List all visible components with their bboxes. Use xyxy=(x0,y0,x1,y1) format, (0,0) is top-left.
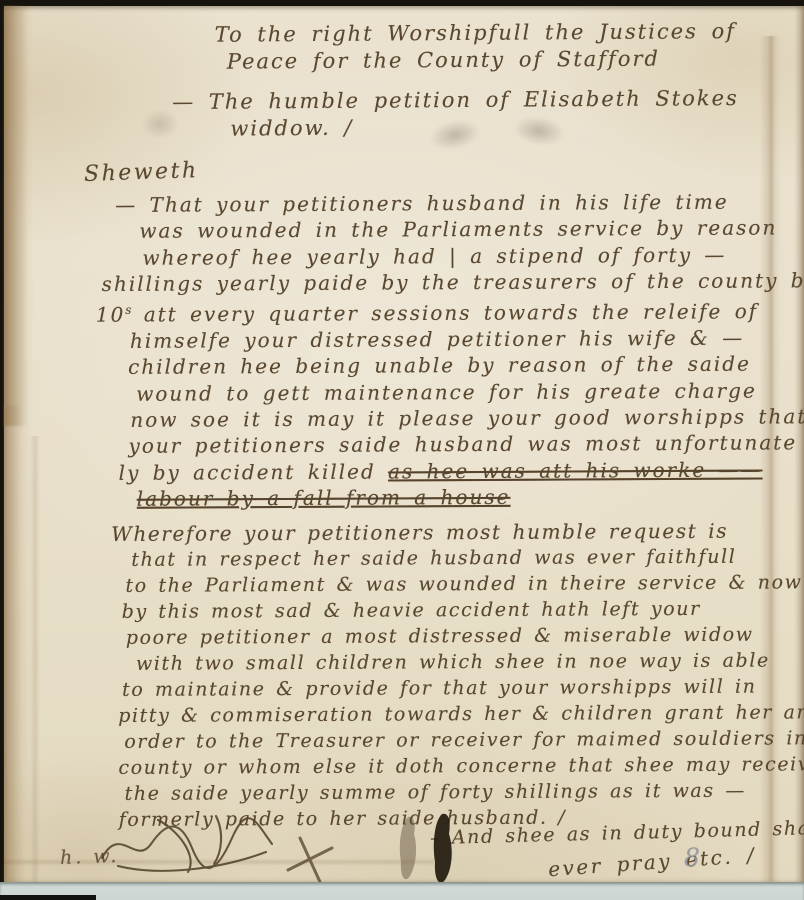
body-line: to maintaine & provide for that your wor… xyxy=(122,673,804,703)
petition-body-paragraph-1: — That your petitioners husband in his l… xyxy=(135,188,804,512)
backing-sheet-edge xyxy=(0,882,804,900)
body-line: 10s att every quarter sessions towards t… xyxy=(96,293,804,328)
body-line: Wherefore your petitioners most humble r… xyxy=(111,517,804,547)
page-number-annotation: 8 xyxy=(684,843,700,872)
heading-line-2: Peace for the County of Stafford xyxy=(227,45,739,76)
body-line: order to the Treasurer or receiver for m… xyxy=(124,725,804,755)
body-line: — That your petitioners husband in his l… xyxy=(115,188,804,218)
deleted-text: as hee was att his worke —— xyxy=(388,457,763,483)
body-line: that in respect her saide husband was ev… xyxy=(131,543,804,573)
body-line: shillings yearly paide by the treasurers… xyxy=(102,267,804,297)
torn-left-edge-lower xyxy=(4,406,22,882)
signature-flourish xyxy=(96,812,281,882)
heading-line-3: — The humble petition of Elisabeth Stoke… xyxy=(172,85,739,116)
body-line: wound to gett maintenance for his greate… xyxy=(136,377,804,407)
torn-left-edge xyxy=(4,6,28,426)
ink-blot-dark xyxy=(428,812,458,890)
body-line: the saide yearly summe of forty shilling… xyxy=(125,777,804,807)
body-line: your petitioners saide husband was most … xyxy=(128,430,804,460)
body-line: now soe it is may it please your good wo… xyxy=(130,403,804,433)
petition-body-paragraph-2: Wherefore your petitioners most humble r… xyxy=(111,517,804,833)
ink-blot-light xyxy=(392,814,424,886)
fold-crease-left xyxy=(30,436,40,882)
deleted-text: labour by a fall from a house xyxy=(137,485,511,511)
manuscript-scan: { "document": { "kind": "17th-century ha… xyxy=(0,0,804,900)
salutation: Sheweth xyxy=(84,158,199,187)
body-line: county or whom else it doth concerne tha… xyxy=(118,751,804,781)
body-line: whereof hee yearly had | a stipend of fo… xyxy=(142,241,804,271)
body-line-with-deletion: ly by accident killed as hee was att his… xyxy=(119,456,804,486)
shillings-amount: 10 xyxy=(96,303,126,327)
body-line-rest: att every quarter sessions towards the r… xyxy=(131,299,758,326)
body-line: was wounded in the Parliaments service b… xyxy=(139,215,804,245)
heading-line-4: widdow. / xyxy=(230,112,739,143)
deleted-line: labour by a fall from a house xyxy=(137,482,804,512)
body-line: with two small children which shee in no… xyxy=(136,647,804,677)
petition-heading: To the right Worshipfull the Justices of… xyxy=(170,18,739,143)
bottom-dark-bar xyxy=(0,895,96,900)
body-line: poore petitioner a most distressed & mis… xyxy=(126,621,804,651)
body-line: to the Parliament & was wounded in their… xyxy=(125,569,804,599)
heading-line-1: To the right Worshipfull the Justices of xyxy=(215,18,739,49)
body-line-fragment: ly by accident killed xyxy=(119,459,389,484)
body-line: pitty & commiseration towards her & chil… xyxy=(118,699,804,729)
body-line: children hee being unable by reason of t… xyxy=(128,351,804,381)
body-line: by this most sad & heavie accident hath … xyxy=(122,595,804,625)
body-line: himselfe your distressed petitioner his … xyxy=(130,324,804,354)
cross-mark-icon xyxy=(284,832,336,884)
